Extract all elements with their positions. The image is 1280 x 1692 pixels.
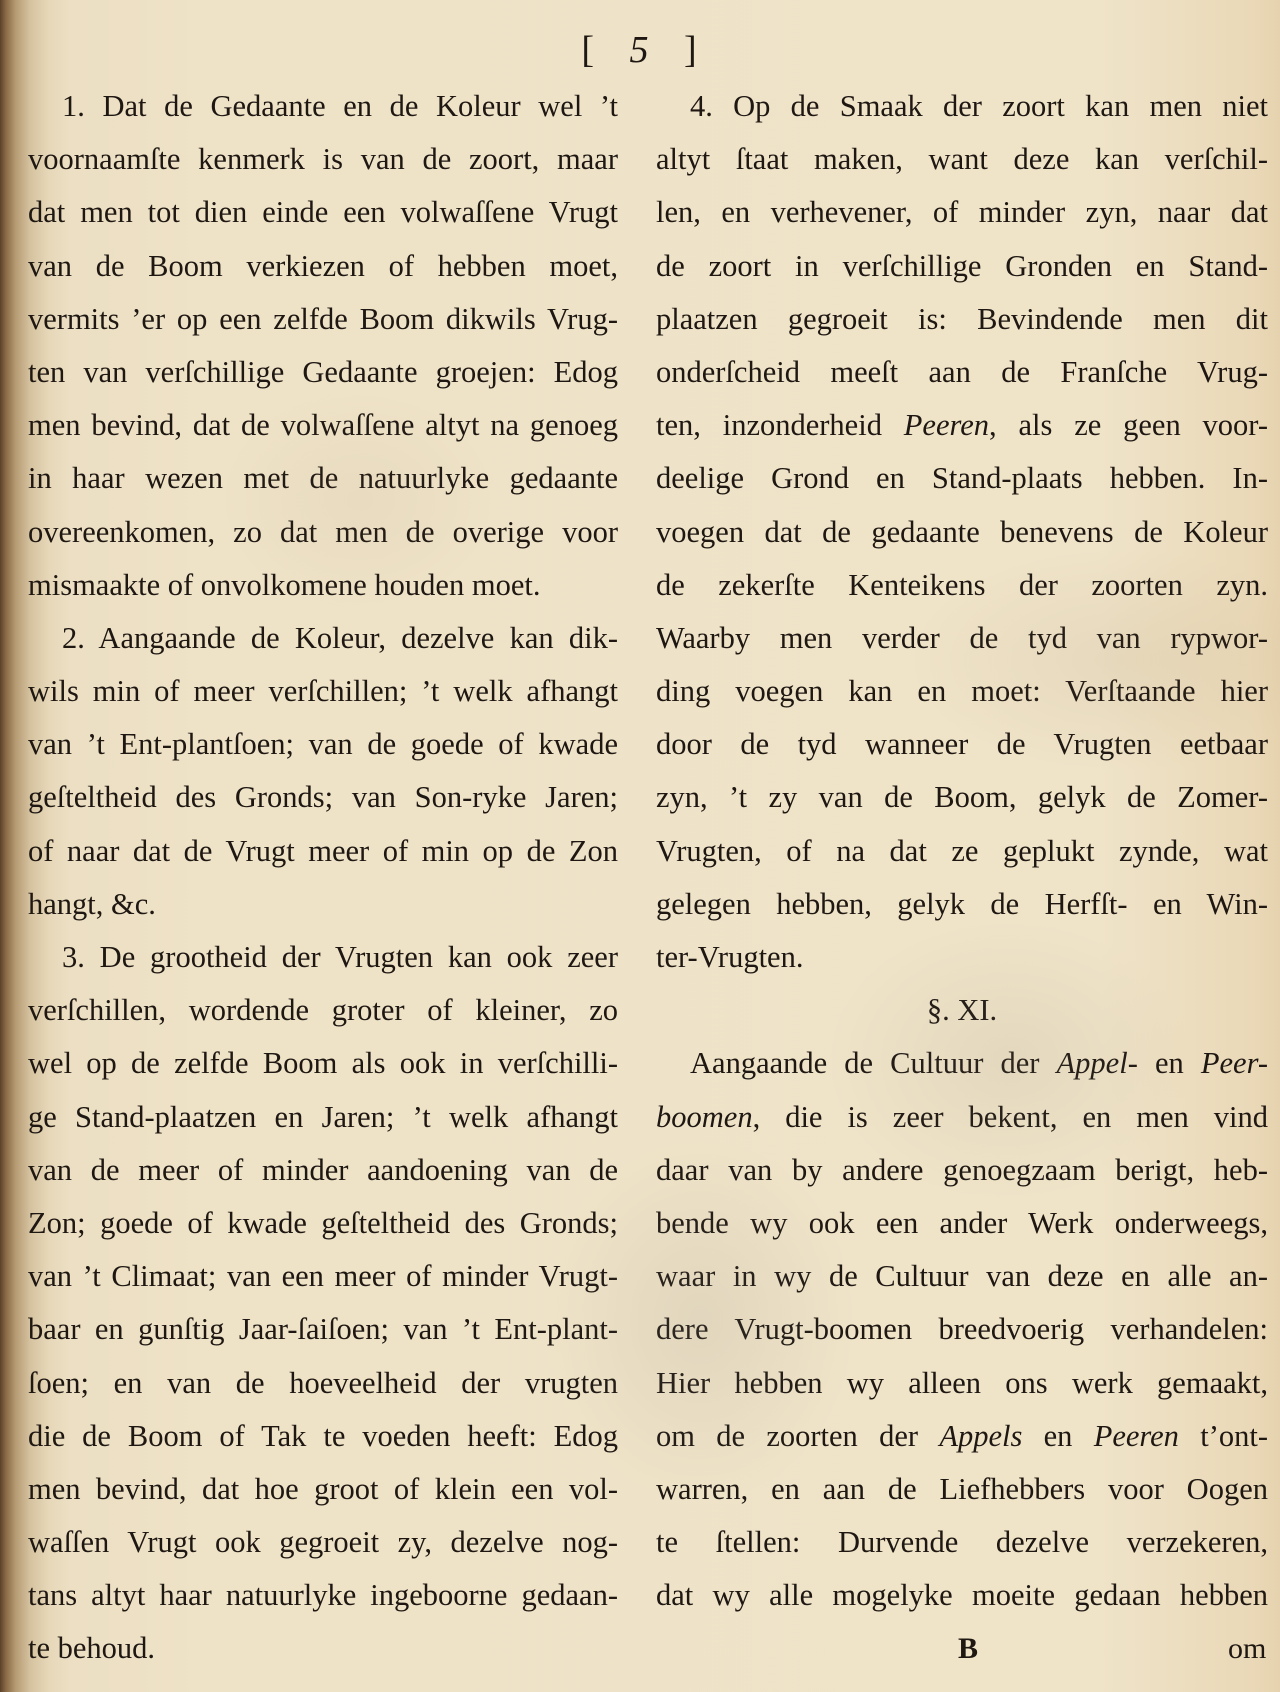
text-run: en [1138, 1046, 1201, 1080]
text-line: vermits ’er op een zelfde Boom dikwils V… [28, 293, 618, 346]
bracket-close: ] [684, 28, 699, 72]
bracket-open: [ [581, 28, 596, 72]
text-run: t’ont- [1179, 1419, 1268, 1453]
text-line: plaatzen gegroeit is: Bevindende men dit [656, 293, 1268, 346]
text-line: voornaamſte kenmerk is van de zoort, maa… [28, 133, 618, 186]
text-line: wils min of meer verſchillen; ’t welk af… [28, 665, 618, 718]
text-line: wel op de zelfde Boom als ook in verſchi… [28, 1037, 618, 1090]
text-line: ding voegen kan en moet: Verſtaande hier [656, 665, 1268, 718]
text-line: die de Boom of Tak te voeden heeft: Edog [28, 1410, 618, 1463]
text-line: men bevind, dat hoe groot of klein een v… [28, 1463, 618, 1516]
text-line: in haar wezen met de natuurlyke gedaante [28, 452, 618, 505]
section-heading: §. XI. [656, 984, 1268, 1037]
text-line: Zon; goede of kwade geſteltheid des Gron… [28, 1197, 618, 1250]
text-line: ſoen; en van de hoeveelheid der vrugten [28, 1357, 618, 1410]
text-line: zyn, ’t zy van de Boom, gelyk de Zomer- [656, 771, 1268, 824]
text-line: ten, inzonderheid Peeren, als ze geen vo… [656, 399, 1268, 452]
text-line: daar van by andere genoegzaam berigt, he… [656, 1144, 1268, 1197]
left-column: 1. Dat de Gedaante en de Koleur wel ’t v… [28, 80, 618, 1676]
text-line: Waarby men verder de tyd van rypwor- [656, 612, 1268, 665]
page-number: 5 [630, 28, 651, 72]
text-line: de zoort in verſchillige Gronden en Stan… [656, 240, 1268, 293]
text-line: 4. Op de Smaak der zoort kan men niet [656, 80, 1268, 133]
text-line: of naar dat de Vrugt meer of min op de Z… [28, 825, 618, 878]
italic-term: Appel- [1057, 1046, 1138, 1080]
text-line: dat men tot dien einde een volwaſſene Vr… [28, 186, 618, 239]
italic-term: Peeren [1094, 1419, 1179, 1453]
right-column: 4. Op de Smaak der zoort kan men niet al… [656, 80, 1268, 1622]
text-line: de zekerſte Kenteikens der zoorten zyn. [656, 559, 1268, 612]
book-page: [ 5 ] 1. Dat de Gedaante en de Koleur we… [0, 0, 1280, 1692]
catchword: om [1228, 1632, 1266, 1666]
text-line: hangt, &c. [28, 878, 618, 931]
text-line: gelegen hebben, gelyk de Herfſt- en Win- [656, 878, 1268, 931]
text-line: om de zoorten der Appels en Peeren t’ont… [656, 1410, 1268, 1463]
text-line: geſteltheid des Gronds; van Son-ryke Jar… [28, 771, 618, 824]
italic-term: boomen [656, 1100, 753, 1134]
text-line: van ’t Ent-plantſoen; van de goede of kw… [28, 718, 618, 771]
text-line: van de meer of minder aandoening van de [28, 1144, 618, 1197]
text-line: Hier hebben wy alleen ons werk gemaakt, [656, 1357, 1268, 1410]
text-line: te behoud. [28, 1622, 618, 1675]
text-line: tans altyt haar natuurlyke ingeboorne ge… [28, 1569, 618, 1622]
text-run: ten, inzonderheid [656, 408, 904, 442]
text-line: deelige Grond en Stand-plaats hebben. In… [656, 452, 1268, 505]
italic-term: Appels [939, 1419, 1022, 1453]
text-line: mismaakte of onvolkomene houden moet. [28, 559, 618, 612]
text-line: ter-Vrugten. [656, 931, 1268, 984]
text-line: bende wy ook een ander Werk onderweegs, [656, 1197, 1268, 1250]
text-line: warren, en aan de Liefhebbers voor Oogen [656, 1463, 1268, 1516]
text-line: Aangaande de Cultuur der Appel- en Peer- [656, 1037, 1268, 1090]
text-run: Aangaande de Cultuur der [690, 1046, 1057, 1080]
text-line: dere Vrugt-boomen breedvoerig verhandele… [656, 1303, 1268, 1356]
text-line: te ſtellen: Durvende dezelve verzekeren, [656, 1516, 1268, 1569]
text-line: ten van verſchillige Gedaante groejen: E… [28, 346, 618, 399]
text-line: altyt ſtaat maken, want deze kan verſchi… [656, 133, 1268, 186]
text-line: van de Boom verkiezen of hebben moet, [28, 240, 618, 293]
italic-term: Peeren [904, 408, 989, 442]
page-header: [ 5 ] [0, 28, 1280, 72]
text-line: dat wy alle mogelyke moeite gedaan hebbe… [656, 1569, 1268, 1622]
text-line: waar in wy de Cultuur van deze en alle a… [656, 1250, 1268, 1303]
text-run: om de zoorten der [656, 1419, 939, 1453]
text-line: 2. Aangaande de Koleur, dezelve kan dik- [28, 612, 618, 665]
text-line: men bevind, dat de volwaſſene altyt na g… [28, 399, 618, 452]
italic-term: Peer- [1201, 1046, 1268, 1080]
text-line: door de tyd wanneer de Vrugten eetbaar [656, 718, 1268, 771]
text-line: overeenkomen, zo dat men de overige voor [28, 506, 618, 559]
text-line: van ’t Climaat; van een meer of minder V… [28, 1250, 618, 1303]
text-line: waſſen Vrugt ook gegroeit zy, dezelve no… [28, 1516, 618, 1569]
text-run: , als ze geen voor- [989, 408, 1268, 442]
text-line: verſchillen, wordende groter of kleiner,… [28, 984, 618, 1037]
text-line: ge Stand-plaatzen en Jaren; ’t welk afha… [28, 1091, 618, 1144]
text-line: baar en gunſtig Jaar-ſaiſoen; van ’t Ent… [28, 1303, 618, 1356]
text-line: boomen, die is zeer bekent, en men vind [656, 1091, 1268, 1144]
text-run: en [1022, 1419, 1093, 1453]
signature-mark: B [958, 1632, 978, 1666]
text-line: 1. Dat de Gedaante en de Koleur wel ’t [28, 80, 618, 133]
text-line: Vrugten, of na dat ze geplukt zynde, wat [656, 825, 1268, 878]
text-run: , die is zeer bekent, en men vind [753, 1100, 1268, 1134]
text-line: onderſcheid meeſt aan de Franſche Vrug- [656, 346, 1268, 399]
text-line: len, en verhevener, of minder zyn, naar … [656, 186, 1268, 239]
text-line: voegen dat de gedaante benevens de Koleu… [656, 506, 1268, 559]
text-line: 3. De grootheid der Vrugten kan ook zeer [28, 931, 618, 984]
